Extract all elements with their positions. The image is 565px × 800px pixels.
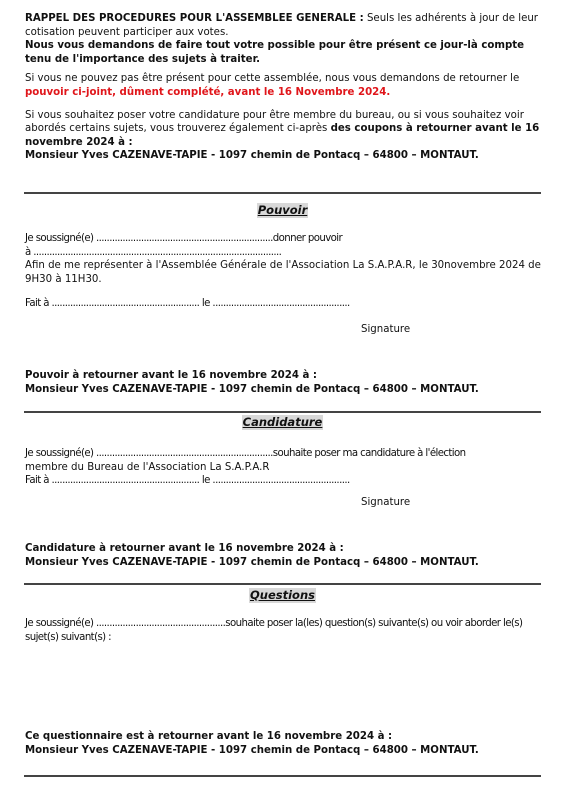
pouvoir-heading-wrap: Pouvoir — [0, 203, 565, 219]
candidature-fait[interactable]: Fait à .................................… — [25, 474, 541, 488]
pouvoir-fait[interactable]: Fait à .................................… — [25, 297, 541, 311]
intro-address: Monsieur Yves CAZENAVE-TAPIE - 1097 chem… — [25, 149, 541, 163]
questions-return: Ce questionnaire est à retourner avant l… — [25, 730, 541, 757]
questions-address: Monsieur Yves CAZENAVE-TAPIE - 1097 chem… — [25, 744, 541, 758]
pouvoir-address: Monsieur Yves CAZENAVE-TAPIE - 1097 chem… — [25, 383, 541, 397]
candidature-address: Monsieur Yves CAZENAVE-TAPIE - 1097 chem… — [25, 556, 541, 570]
divider — [24, 775, 541, 777]
absence-paragraph: Si vous ne pouvez pas être présent pour … — [25, 72, 541, 99]
rappel-paragraph: RAPPEL DES PROCEDURES POUR L'ASSEMBLEE G… — [25, 12, 541, 39]
candidature-return: Candidature à retourner avant le 16 nove… — [25, 542, 541, 569]
candidature-signature: Signature — [361, 496, 410, 510]
pouvoir-return: Pouvoir à retourner avant le 16 novembre… — [25, 369, 541, 396]
divider — [24, 411, 541, 413]
pouvoir-line-1[interactable]: Je soussigné(e) ........................… — [25, 232, 541, 246]
absence-red-text: pouvoir ci-joint, dûment complété, avant… — [25, 87, 390, 98]
candidature-paragraph: Si vous souhaitez poser votre candidatur… — [25, 109, 541, 150]
pouvoir-line-3: Afin de me représenter à l'Assemblée Gén… — [25, 259, 541, 286]
divider — [24, 192, 541, 194]
intro-section: RAPPEL DES PROCEDURES POUR L'ASSEMBLEE G… — [25, 12, 541, 163]
bold-note: Nous vous demandons de faire tout votre … — [25, 39, 541, 66]
candidature-heading: Candidature — [242, 415, 324, 430]
pouvoir-signature: Signature — [361, 323, 410, 337]
pouvoir-line-2[interactable]: à ......................................… — [25, 246, 541, 260]
candidature-line-2: membre du Bureau de l'Association La S.A… — [25, 461, 541, 475]
candidature-heading-wrap: Candidature — [0, 415, 565, 431]
divider — [24, 583, 541, 585]
questions-heading: Questions — [249, 588, 316, 603]
rappel-title: RAPPEL DES PROCEDURES POUR L'ASSEMBLEE G… — [25, 13, 364, 24]
questions-form: Je soussigné(e) ........................… — [25, 617, 541, 644]
questions-return-title: Ce questionnaire est à retourner avant l… — [25, 730, 541, 744]
questions-heading-wrap: Questions — [0, 588, 565, 604]
candidature-line-1[interactable]: Je soussigné(e) ........................… — [25, 447, 541, 461]
absence-text: Si vous ne pouvez pas être présent pour … — [25, 73, 519, 84]
candidature-form: Je soussigné(e) ........................… — [25, 447, 541, 488]
pouvoir-heading: Pouvoir — [257, 203, 309, 218]
pouvoir-return-title: Pouvoir à retourner avant le 16 novembre… — [25, 369, 541, 383]
pouvoir-form: Je soussigné(e) ........................… — [25, 232, 541, 311]
candidature-return-title: Candidature à retourner avant le 16 nove… — [25, 542, 541, 556]
questions-line-1[interactable]: Je soussigné(e) ........................… — [25, 617, 541, 644]
